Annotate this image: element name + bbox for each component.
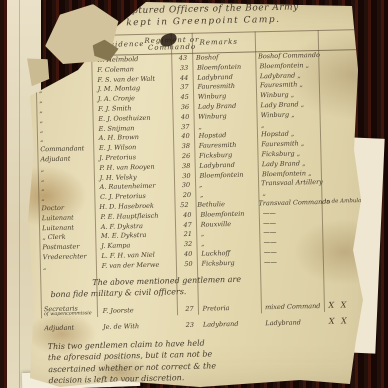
age-cell: 37: [174, 83, 194, 93]
regiment-cell: mixed Command: [263, 301, 326, 310]
residence-cell: Pretoria: [199, 303, 263, 312]
name-cell: F. van der Merwe: [97, 260, 179, 272]
age-cell: 33: [174, 64, 194, 74]
regiment-cell: ——: [262, 257, 325, 268]
age-cell: 37: [175, 122, 195, 132]
age-cell: 30: [176, 181, 196, 191]
certification-note: The above mentioned gentlemen are bona f…: [40, 271, 364, 300]
age-cell: 43: [173, 54, 193, 64]
regiment-cell: Ladybrand: [263, 317, 326, 326]
age-cell: 30: [176, 171, 196, 181]
age-cell: 21: [178, 230, 198, 240]
table-body: Veldtkornets W. Helmbold 43 Boshof Bosho…: [35, 50, 364, 273]
age-cell: 50: [178, 259, 198, 269]
residence-cell: Ficksburg: [198, 258, 262, 269]
age-cell: 38: [176, 142, 196, 152]
margin-line: [19, 0, 20, 388]
rank-cell: Adjudant: [41, 324, 98, 331]
age-cell: 40: [175, 132, 195, 142]
column-header: Remarks: [199, 39, 238, 47]
age-cell: 32: [178, 240, 198, 250]
age-cell: 26: [176, 152, 196, 162]
name-cell: Je. de With: [98, 321, 180, 331]
register-table: Rank Name Age Residence Regiment or Comm…: [35, 29, 366, 336]
name-cell: F. Joorste: [98, 305, 180, 315]
age-cell: 40: [175, 113, 195, 123]
age-cell: 20: [177, 191, 197, 201]
residence-cell: Ladybrand: [200, 319, 264, 328]
age-cell: 47: [177, 220, 197, 230]
footer-paragraph: This two gentlemen claim to have held th…: [42, 334, 367, 387]
age-cell: 27: [179, 304, 199, 312]
age-cell: 23: [180, 320, 200, 328]
age-cell: 44: [174, 73, 194, 83]
age-cell: 45: [175, 93, 195, 103]
rank-cell: „: [40, 262, 97, 273]
claims-section: Secretarisof wapencommissie F. Joorste 2…: [41, 297, 366, 336]
age-cell: 40: [178, 250, 198, 260]
photo-background: of captured Officers of the Boer Army ke…: [0, 0, 388, 388]
age-cell: 52: [174, 201, 194, 211]
age-cell: 40: [177, 211, 197, 221]
age-cell: 36: [175, 103, 195, 113]
rank-cell: Secretarisof wapencommissie: [41, 305, 98, 318]
remarks-cell: X X: [325, 300, 365, 310]
age-cell: 38: [176, 162, 196, 172]
